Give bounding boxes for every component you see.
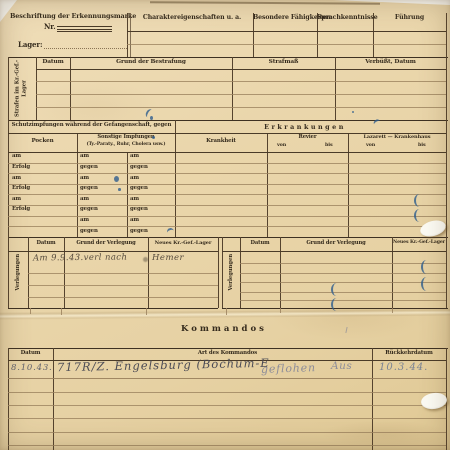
punched-hole	[419, 218, 448, 239]
vacc-cell: gegen	[130, 165, 148, 170]
vaccinations-title: Schutzimpfungen während der Gefangenscha…	[10, 123, 173, 128]
rule	[240, 300, 446, 301]
camp-blank-line	[44, 41, 127, 49]
rule	[77, 133, 78, 237]
col-header: Strafmaß	[232, 60, 335, 66]
col-header: Pocken	[8, 139, 77, 145]
col-header: Grund der Verlegung	[64, 241, 148, 246]
rule	[446, 57, 447, 120]
vacc-cell: am	[130, 197, 139, 202]
vacc-cell: am	[12, 197, 21, 202]
vacc-cell: gegen	[130, 229, 148, 234]
traits-col-header: Führung	[373, 15, 446, 21]
ink-dot	[150, 116, 153, 120]
bis-label: bis	[418, 143, 426, 148]
transfer-entry-text: Am 9.9.43.verl nach	[33, 254, 127, 263]
vacc-cell: gegen	[130, 186, 148, 191]
vacc-cell: am	[80, 218, 89, 223]
rule	[240, 282, 446, 283]
ink-dot	[118, 188, 121, 191]
col-header: Datum	[240, 241, 280, 246]
vacc-cell: am	[130, 154, 139, 159]
rule	[36, 94, 446, 95]
rule	[8, 57, 9, 120]
rule	[8, 392, 446, 393]
col-header: Datum	[8, 351, 53, 356]
col-header: Neues Kr.-Gef.-Lager	[392, 241, 446, 246]
von-label: von	[366, 143, 375, 148]
col-header: Lazarett — Krankenhaus	[348, 135, 446, 140]
vacc-cell: gegen	[80, 165, 98, 170]
rule	[28, 285, 218, 286]
col-header: Datum	[28, 241, 64, 246]
rule	[30, 308, 31, 314]
col-header: Grund der Verlegung	[280, 241, 392, 246]
rule	[226, 308, 227, 315]
ink-dot	[152, 136, 155, 139]
rule	[8, 194, 446, 195]
fold-crease	[0, 308, 450, 320]
transfers-side-label: Verlegungen	[228, 247, 235, 297]
vacc-cell: gegen	[80, 186, 98, 191]
vacc-cell: am	[80, 154, 89, 159]
ink-brace	[421, 260, 429, 274]
rule	[8, 184, 446, 185]
rule	[36, 69, 446, 70]
rule	[446, 13, 447, 57]
transfer-entry-camp: Hemer	[152, 254, 184, 263]
von-label: von	[277, 143, 286, 148]
vacc-cell: am	[80, 176, 89, 181]
rule	[218, 237, 219, 308]
rule	[8, 432, 446, 433]
rule	[61, 308, 62, 315]
traits-col-header: Sprachkenntnisse	[317, 15, 373, 21]
rule	[53, 348, 54, 450]
vacc-cell: Erfolg	[12, 186, 30, 191]
rule	[8, 418, 446, 419]
rule	[222, 237, 223, 308]
punched-hole	[420, 391, 448, 410]
rule	[175, 120, 176, 237]
stain	[270, 295, 430, 340]
col-header: Art des Kommandos	[150, 351, 305, 356]
vacc-cell: gegen	[80, 207, 98, 212]
ink-brace	[331, 298, 339, 311]
rule	[392, 308, 393, 313]
rule	[8, 445, 446, 446]
ink-dot	[352, 111, 354, 113]
ink-brace	[414, 194, 422, 207]
ink-brace	[414, 209, 422, 222]
kommando-entry-return-date: 10.3.44.	[379, 363, 428, 373]
rule	[372, 348, 373, 450]
col-header: Krankheit	[175, 139, 267, 144]
pencil-tick	[345, 327, 347, 333]
col-header: Revier	[267, 135, 348, 140]
id-section-title: Beschriftung der Erkennungsmarke	[10, 13, 125, 19]
rule	[28, 273, 218, 274]
rule	[8, 120, 9, 237]
tag-number-label: Nr.	[44, 23, 56, 30]
rule	[8, 163, 446, 164]
rule	[8, 348, 9, 450]
tag-number-blank	[57, 26, 112, 27]
col-header: Neues Kr.-Gef.-Lager	[148, 241, 218, 246]
col-header: Datum	[36, 60, 70, 66]
kommando-entry-description: 717R/Z. Engelsburg (Bochum-E	[57, 358, 270, 374]
rule	[8, 237, 9, 308]
rule	[146, 308, 147, 315]
rule	[267, 133, 268, 237]
rule	[70, 57, 71, 120]
tag-number-blank	[57, 31, 112, 32]
punishments-side-label: Strafen im Kr.-Gef.-Lager	[15, 60, 28, 118]
rule	[8, 173, 446, 174]
ink-smudge	[143, 257, 148, 262]
rule	[8, 308, 218, 309]
rule	[240, 292, 446, 293]
rule	[36, 81, 446, 82]
rule	[240, 263, 446, 264]
vacc-cell: am	[80, 197, 89, 202]
card-edge-shadow	[150, 1, 380, 5]
ink-squiggle	[166, 227, 175, 236]
rule	[8, 405, 446, 406]
rule	[446, 120, 447, 237]
vacc-cell: Erfolg	[12, 207, 30, 212]
vacc-cell: am	[12, 176, 21, 181]
vacc-cell: am	[130, 176, 139, 181]
camp-label: Lager:	[18, 41, 42, 48]
col-header: Sonstige Impfungen	[77, 135, 175, 140]
kommando-entry-note: geflohen	[261, 362, 316, 375]
ink-brace	[421, 277, 429, 291]
ink-brace	[331, 283, 339, 296]
col-header: Verbüßt, Datum	[335, 60, 446, 66]
vacc-cell: gegen	[80, 229, 98, 234]
kommandos-title: Kommandos	[178, 325, 270, 334]
ink-blot	[114, 176, 119, 182]
rule	[280, 308, 281, 313]
rule	[8, 216, 446, 217]
bis-label: bis	[325, 143, 333, 148]
rule	[127, 44, 446, 45]
vacc-cell: Erfolg	[12, 165, 30, 170]
rule	[335, 57, 336, 120]
rule	[8, 378, 446, 379]
stain	[320, 420, 450, 448]
vacc-cell: am	[12, 154, 21, 159]
col-header-sub: (Ty.-Paraty., Ruhr, Cholera usw.)	[77, 143, 175, 148]
rule	[232, 57, 233, 120]
illnesses-title: Erkrankungen	[255, 124, 355, 130]
rule	[8, 152, 446, 153]
tag-number-blank	[57, 29, 112, 30]
rule	[240, 273, 446, 274]
transfers-side-label: Verlegungen	[15, 247, 22, 297]
vacc-cell: am	[130, 218, 139, 223]
kommando-entry-note: Aus	[331, 361, 352, 372]
col-header: Rückkehrdatum	[372, 351, 446, 356]
rule	[8, 226, 446, 227]
traits-col-header: Besondere Fähigkeiten	[253, 15, 317, 21]
pow-record-card-scan: Beschriftung der Erkennungsmarke Nr. Lag…	[0, 0, 450, 450]
rule	[8, 237, 448, 238]
rule	[348, 133, 349, 237]
rule	[8, 205, 446, 206]
rule	[28, 297, 218, 298]
rule	[36, 107, 446, 108]
rule	[446, 237, 447, 308]
vacc-cell: gegen	[130, 207, 148, 212]
rule	[127, 13, 128, 57]
traits-col-header: Charaktereigenschaften u. a.	[131, 15, 253, 21]
kommando-entry-date: 8.10.43.	[11, 364, 53, 373]
rule	[127, 31, 446, 32]
rule	[222, 251, 446, 252]
col-header: Grund der Bestrafung	[70, 60, 232, 66]
rule	[36, 57, 37, 120]
